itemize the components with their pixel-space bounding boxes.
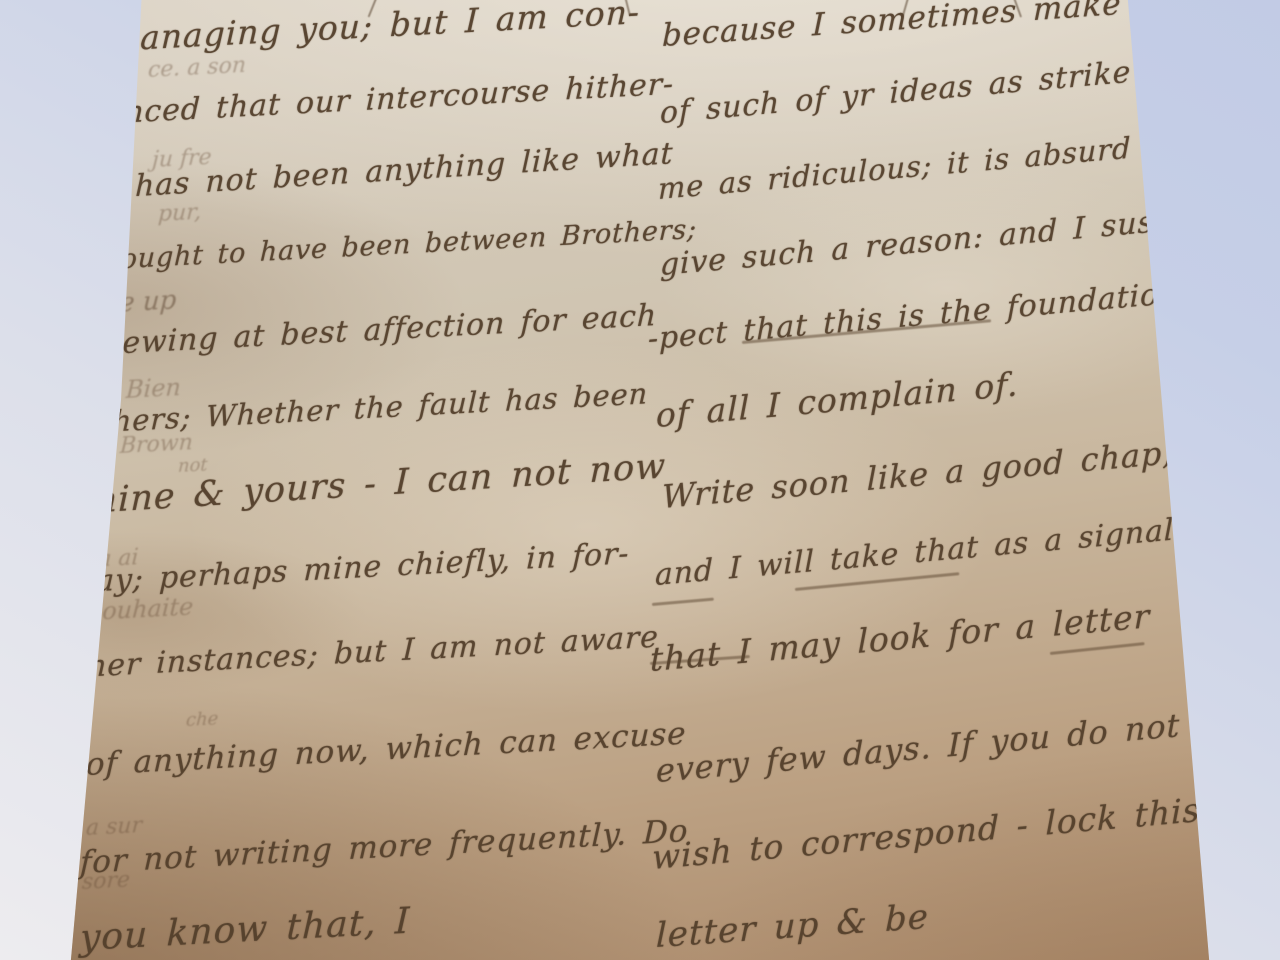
bleedthrough-text: Brown bbox=[119, 430, 193, 459]
handwriting-line: of such of yr ideas as strike bbox=[660, 55, 1131, 131]
handwriting-line: mer instances; but I am not aware bbox=[77, 620, 659, 686]
bleedthrough-text: Bien bbox=[125, 373, 181, 404]
bleedthrough-text: ju fre bbox=[151, 145, 212, 173]
handwriting-line: that I may look for a letter bbox=[650, 596, 1150, 679]
handwriting-line: of anything now, which can excuse bbox=[85, 715, 687, 783]
bleedthrough-text: gye up bbox=[87, 285, 177, 320]
letter-paper: managing you; but I am con- vinced that … bbox=[0, 0, 1280, 960]
ink-strikethrough-mark bbox=[1050, 642, 1145, 655]
handwriting-line: say; perhaps mine chiefly, in for- bbox=[79, 536, 630, 600]
handwriting-line: -pect that this is the foundation bbox=[648, 275, 1179, 357]
handwriting-line: Write soon like a good chap, bbox=[662, 433, 1173, 516]
bleedthrough-text: souhaite bbox=[89, 593, 194, 627]
handwriting-line: managing you; but I am con- bbox=[107, 0, 640, 59]
photo-background: managing you; but I am con- vinced that … bbox=[0, 0, 1280, 960]
handwriting-line: wish to correspond - lock this bbox=[652, 790, 1200, 877]
handwriting-line: mine & yours - I can not now bbox=[83, 446, 666, 522]
bleedthrough-text: sore bbox=[81, 867, 130, 895]
bleedthrough-text: ce. a son bbox=[147, 53, 246, 83]
handwriting-line: for not writing more frequently. Do bbox=[79, 813, 689, 881]
handwriting-line: you know that, I bbox=[79, 901, 411, 959]
bleedthrough-text: not bbox=[177, 454, 208, 477]
handwriting-line: letter up & be bbox=[656, 897, 930, 956]
handwriting-line: me as ridiculous; it is absurd to bbox=[658, 127, 1177, 207]
ink-underline-mark bbox=[652, 598, 714, 606]
bleedthrough-text: a sur bbox=[85, 813, 142, 841]
handwriting-line: every few days. If you do not bbox=[656, 706, 1180, 790]
bleedthrough-text: ca ai bbox=[85, 545, 139, 573]
bleedthrough-text: che bbox=[185, 708, 218, 731]
handwriting-line: and I will take that as a signal bbox=[655, 513, 1174, 594]
bleedthrough-text: pur, bbox=[157, 200, 202, 227]
handwriting-line: because I sometimes make fun bbox=[662, 0, 1192, 54]
handwriting-line: of all I complain of. bbox=[656, 364, 1019, 435]
handwriting-line: give such a reason: and I sus- bbox=[660, 204, 1165, 283]
